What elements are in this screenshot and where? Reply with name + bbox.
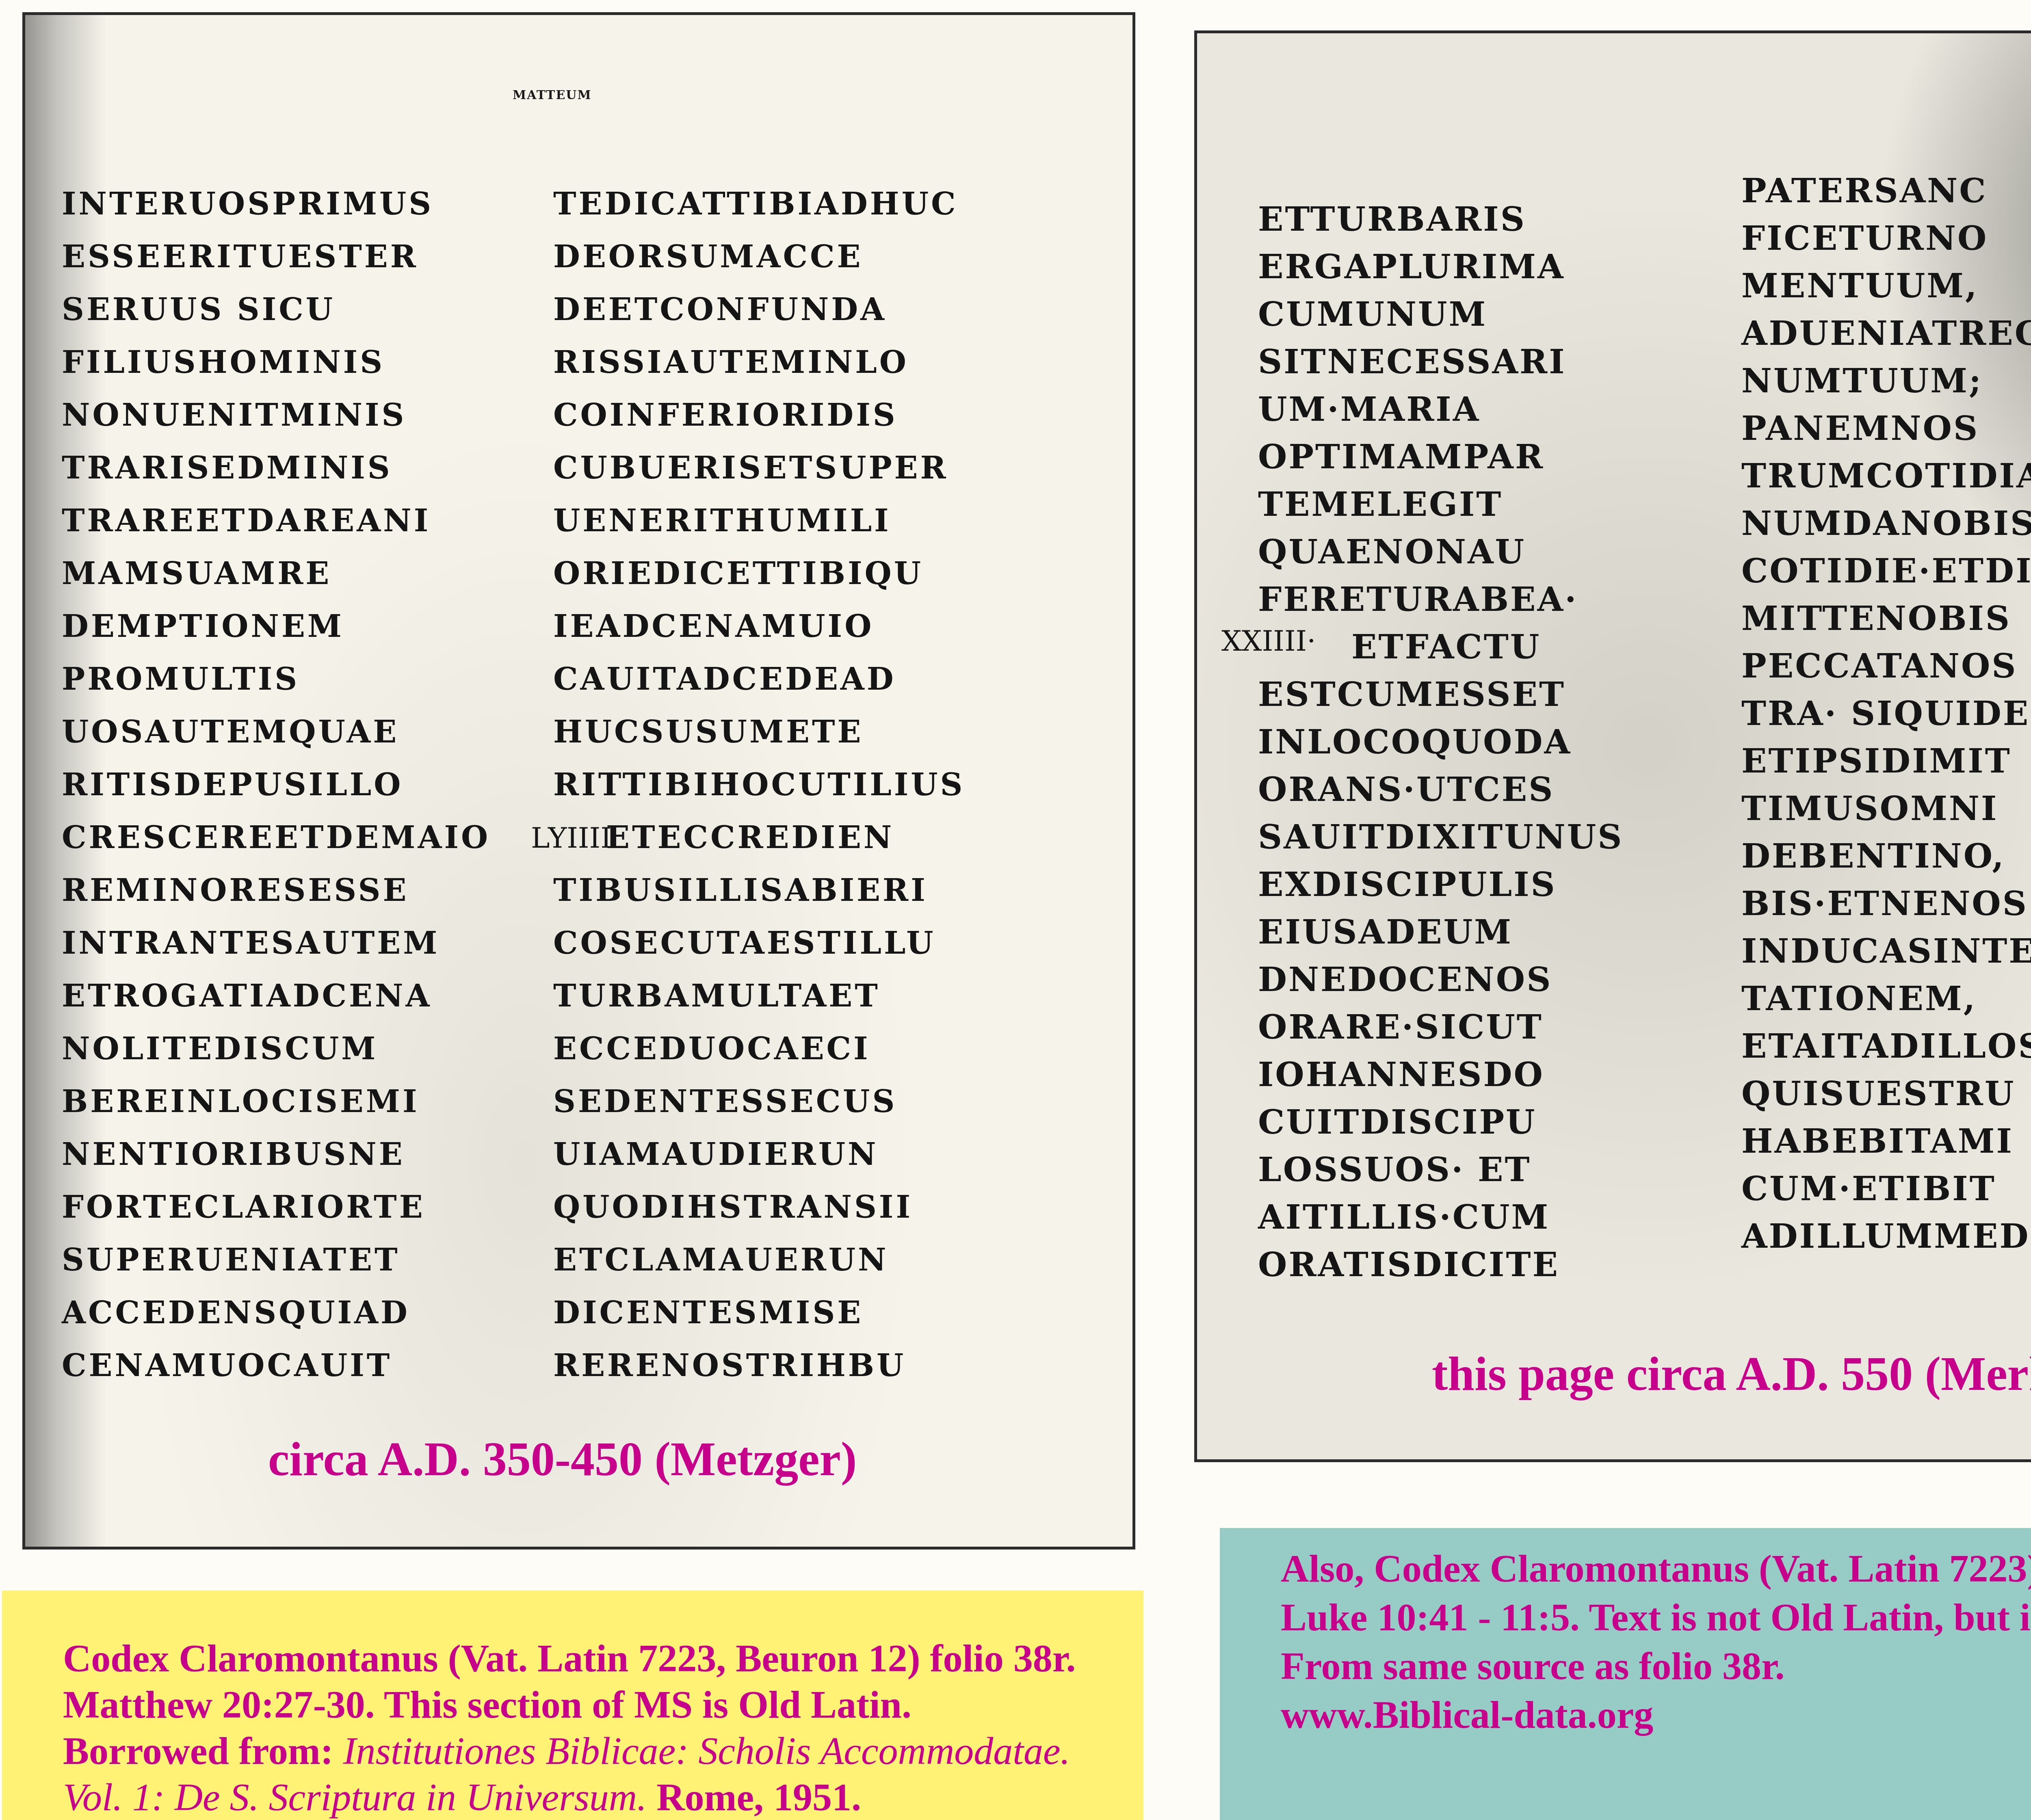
manuscript-line: RITTIBIHOCUTILIUS	[553, 758, 965, 811]
manuscript-column-1: ETTURBARIS ERGAPLURIMA CUMUNUM SITNECESS…	[1258, 196, 1623, 1289]
manuscript-line: ORANS·UTCES	[1258, 766, 1623, 814]
manuscript-line: DNEDOCENOS	[1258, 956, 1623, 1004]
manuscript-line: ETAITADILLOS	[1741, 1023, 2031, 1070]
manuscript-line: TEMELEGIT	[1258, 481, 1623, 528]
manuscript-line: UM·MARIA	[1258, 386, 1623, 433]
book-volume: Vol. 1: De S. Scriptura in Universum.	[63, 1775, 647, 1819]
manuscript-line: HUCSUSUMETE	[553, 705, 965, 758]
manuscript-column-2: PATERSANC FICETURNO MENTUUM, ADUENIATREG…	[1741, 167, 2031, 1260]
manuscript-line: INTERUOSPRIMUS	[62, 177, 490, 230]
manuscript-line: QUISUESTRU	[1741, 1070, 2031, 1118]
manuscript-line: PECCATANOS	[1741, 643, 2031, 690]
manuscript-line: RITISDEPUSILLO	[62, 758, 490, 811]
manuscript-line: NUMDANOBIS	[1741, 500, 2031, 548]
info-line: Matthew 20:27-30. This section of MS is …	[63, 1681, 1143, 1728]
manuscript-line: MAMSUAMRE	[62, 547, 490, 600]
manuscript-line: NUMTUUM;	[1741, 357, 2031, 405]
manuscript-line: DEBENTINO,	[1741, 833, 2031, 880]
date-caption-folio-38r: circa A.D. 350-450 (Metzger)	[268, 1432, 857, 1487]
manuscript-line: ETROGATIADCENA	[62, 970, 490, 1022]
manuscript-line: IOHANNESDO	[1258, 1051, 1623, 1099]
manuscript-line: TRAREETDAREANI	[62, 494, 490, 547]
manuscript-line: TIMUSOMNI	[1741, 785, 2031, 833]
book-title: Institutiones Biblicae: Scholis Accommod…	[333, 1729, 1070, 1772]
manuscript-line: FILIUSHOMINIS	[62, 336, 490, 389]
manuscript-line: ETTURBARIS	[1258, 196, 1623, 243]
manuscript-line: MITTENOBIS	[1741, 595, 2031, 643]
manuscript-line: TURBAMULTAET	[553, 970, 965, 1022]
manuscript-line: TRARISEDMINIS	[62, 441, 490, 494]
info-line: Also, Codex Claromontanus (Vat. Latin 72…	[1281, 1544, 2031, 1593]
manuscript-line: SITNECESSARI	[1258, 338, 1623, 386]
manuscript-line: ADILLUMMEDIA	[1741, 1213, 2031, 1260]
manuscript-line: ADUENIATREG	[1741, 310, 2031, 357]
manuscript-line: COSECUTAESTILLU	[553, 917, 965, 970]
publication-place-year: Rome, 1951.	[647, 1775, 861, 1819]
manuscript-line: SEDENTESSECUS	[553, 1075, 965, 1128]
manuscript-line: QUODIHSTRANSII	[553, 1181, 965, 1234]
manuscript-line: SUPERUENIATET	[62, 1234, 490, 1286]
manuscript-line: DEETCONFUNDA	[553, 283, 965, 336]
manuscript-line: INTRANTESAUTEM	[62, 917, 490, 970]
date-caption-folio-166r: this page circa A.D. 550 (Merk)	[1432, 1346, 2031, 1402]
manuscript-line: UIAMAUDIERUN	[553, 1128, 965, 1181]
manuscript-line: HABEBITAMI	[1741, 1118, 2031, 1165]
manuscript-line: CUBUERISETSUPER	[553, 441, 965, 494]
manuscript-line: TRUMCOTIDIA	[1741, 452, 2031, 500]
running-head: MATTEUM	[513, 88, 592, 102]
manuscript-line: CENAMUOCAUIT	[62, 1339, 490, 1392]
manuscript-line: FORTECLARIORTE	[62, 1181, 490, 1234]
manuscript-line: INDUCASINTEMP	[1741, 928, 2031, 975]
manuscript-line: ACCEDENSQUIAD	[62, 1286, 490, 1339]
manuscript-line: CUMUNUM	[1258, 291, 1623, 338]
info-line: From same source as folio 38r.	[1281, 1642, 2031, 1690]
manuscript-line: RERENOSTRIHBU	[553, 1339, 965, 1392]
manuscript-line: PATERSANC	[1741, 167, 2031, 215]
manuscript-line: BEREINLOCISEMI	[62, 1075, 490, 1128]
manuscript-line: TEDICATTIBIADHUC	[553, 177, 965, 230]
manuscript-line: ESTCUMESSET	[1258, 671, 1623, 718]
manuscript-line: IEADCENAMUIO	[553, 600, 965, 653]
manuscript-column-1: INTERUOSPRIMUS ESSEERITUESTER SERUUS SIC…	[62, 177, 490, 1392]
manuscript-line: ETCLAMAUERUN	[553, 1234, 965, 1286]
manuscript-line: EIUSADEUM	[1258, 909, 1623, 956]
manuscript-line: ECCEDUOCAECI	[553, 1022, 965, 1075]
manuscript-line: PANEMNOS	[1741, 405, 2031, 452]
manuscript-line: MENTUUM,	[1741, 262, 2031, 310]
manuscript-line: ERGAPLURIMA	[1258, 243, 1623, 291]
manuscript-line: INLOCOQUODA	[1258, 718, 1623, 766]
manuscript-line: QUAENONAU	[1258, 528, 1623, 576]
manuscript-line: SERUUS SICU	[62, 283, 490, 336]
info-box-folio-38r: Codex Claromontanus (Vat. Latin 7223, Be…	[2, 1591, 1143, 1820]
manuscript-line: REMINORESESSE	[62, 864, 490, 917]
info-line-source: Borrowed from: Institutiones Biblicae: S…	[63, 1728, 1143, 1774]
manuscript-line: ORIEDICETTIBIQU	[553, 547, 965, 600]
manuscript-line: LOSSUOS· ET	[1258, 1146, 1623, 1194]
manuscript-line: CAUITADCEDEAD	[553, 653, 965, 705]
manuscript-line: PROMULTIS	[62, 653, 490, 705]
manuscript-line: ESSEERITUESTER	[62, 230, 490, 283]
manuscript-line: DICENTESMISE	[553, 1286, 965, 1339]
manuscript-line: EXDISCIPULIS	[1258, 861, 1623, 909]
info-line: Luke 10:41 - 11:5. Text is not Old Latin…	[1281, 1593, 2031, 1642]
website-link[interactable]: www.Biblical-data.org	[1281, 1690, 2031, 1739]
manuscript-line: COINFERIORIDIS	[553, 389, 965, 441]
manuscript-page-folio-38r: MATTEUM INTERUOSPRIMUS ESSEERITUESTER SE…	[22, 12, 1135, 1549]
info-box-folio-166r: Also, Codex Claromontanus (Vat. Latin 72…	[1220, 1528, 2031, 1820]
info-line: Codex Claromontanus (Vat. Latin 7223, Be…	[63, 1635, 1143, 1681]
manuscript-line: ETIPSIDIMIT	[1741, 738, 2031, 785]
manuscript-line: ORATISDICITE	[1258, 1241, 1623, 1289]
manuscript-line: DEMPTIONEM	[62, 600, 490, 653]
manuscript-page-folio-166r: 166 ETTURBARIS ERGAPLURIMA CUMUNUM SITNE…	[1194, 30, 2031, 1462]
manuscript-line: SAUITDIXITUNUS	[1258, 814, 1623, 861]
manuscript-line: FICETURNO	[1741, 215, 2031, 262]
manuscript-line: CRESCEREETDEMAIO	[62, 811, 490, 864]
margin-section-number: XXIIII·	[1221, 624, 1316, 658]
manuscript-line: RISSIAUTEMINLO	[553, 336, 965, 389]
source-label: Borrowed from:	[63, 1729, 333, 1772]
manuscript-column-2: TEDICATTIBIADHUC DEORSUMACCE DEETCONFUND…	[553, 177, 965, 1392]
manuscript-line: TIBUSILLISABIERI	[553, 864, 965, 917]
manuscript-line: FERETURABEA·	[1258, 576, 1623, 623]
manuscript-line: BIS·ETNENOS	[1741, 880, 2031, 928]
manuscript-line: COTIDIE·ETDI	[1741, 548, 2031, 595]
manuscript-line: ETECCREDIEN	[553, 811, 965, 864]
manuscript-line: OPTIMAMPAR	[1258, 433, 1623, 481]
manuscript-line: CUITDISCIPU	[1258, 1099, 1623, 1146]
manuscript-line: UENERITHUMILI	[553, 494, 965, 547]
manuscript-line: DEORSUMACCE	[553, 230, 965, 283]
manuscript-line: TRA· SIQUIDE	[1741, 690, 2031, 738]
manuscript-line: AITILLIS·CUM	[1258, 1194, 1623, 1241]
info-line-source: Vol. 1: De S. Scriptura in Universum. Ro…	[63, 1774, 1143, 1820]
manuscript-line: NENTIORIBUSNE	[62, 1128, 490, 1181]
manuscript-line: NONUENITMINIS	[62, 389, 490, 441]
manuscript-line: UOSAUTEMQUAE	[62, 705, 490, 758]
manuscript-line: CUM·ETIBIT	[1741, 1165, 2031, 1213]
manuscript-line: NOLITEDISCUM	[62, 1022, 490, 1075]
manuscript-line: TATIONEM,	[1741, 975, 2031, 1023]
manuscript-line: ORARE·SICUT	[1258, 1004, 1623, 1051]
